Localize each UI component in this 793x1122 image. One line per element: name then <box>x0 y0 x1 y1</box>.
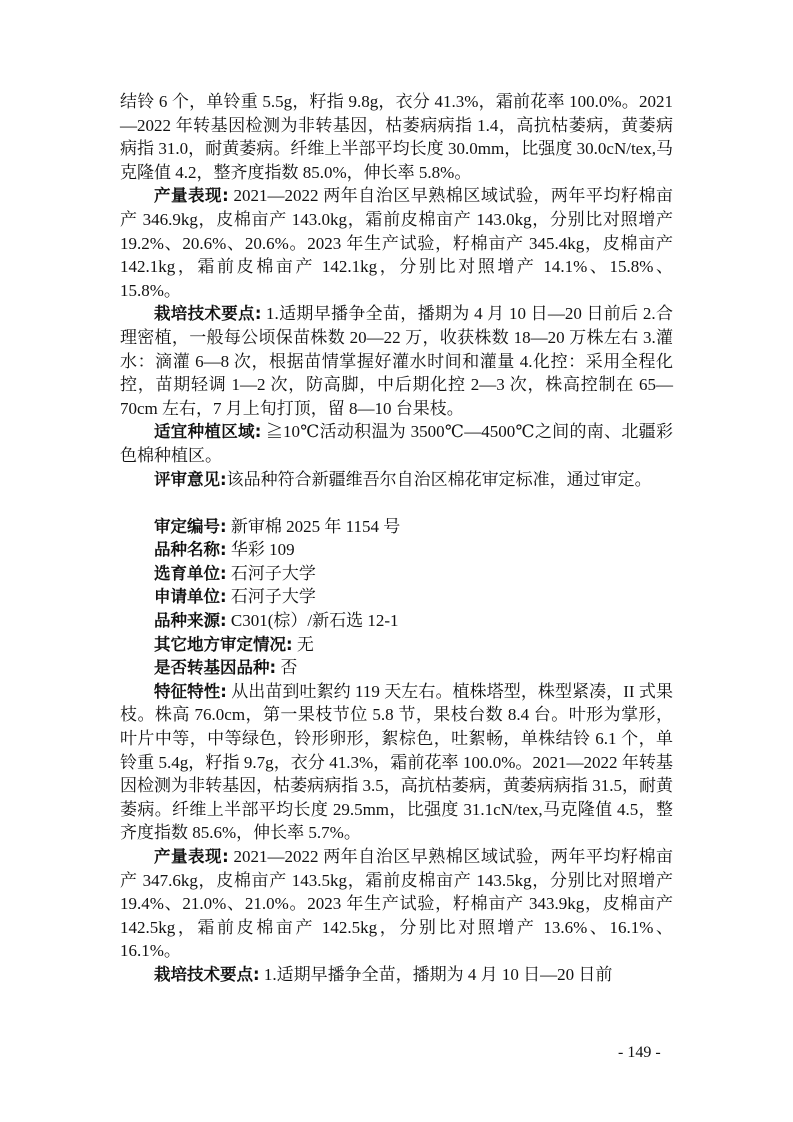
field-value: 无 <box>293 635 314 654</box>
field-label: 其它地方审定情况: <box>154 635 293 654</box>
variety-name: 品种名称: 华彩 109 <box>120 538 673 562</box>
field-label: 品种来源: <box>154 611 227 630</box>
field-value: 华彩 109 <box>227 540 295 559</box>
field-value: C301(棕）/新石选 12-1 <box>227 611 399 630</box>
field-label: 是否转基因品种: <box>154 658 276 677</box>
section-text: 该品种符合新疆维吾尔自治区棉花审定标准，通过审定。 <box>227 470 652 489</box>
yield-section: 产量表现: 2021—2022 两年自治区早熟棉区域试验，两年平均籽棉亩产 34… <box>120 845 673 963</box>
field-value: 石河子大学 <box>227 587 316 606</box>
field-label: 申请单位: <box>154 587 227 606</box>
review-section: 评审意见:该品种符合新疆维吾尔自治区棉花审定标准，通过审定。 <box>120 468 673 492</box>
field-value: 新审棉 2025 年 1154 号 <box>227 517 401 536</box>
cultivation-section: 栽培技术要点: 1.适期早播争全苗，播期为 4 月 10 日—20 日前后 2.… <box>120 302 673 420</box>
variety-source: 品种来源: C301(棕）/新石选 12-1 <box>120 609 673 633</box>
section-label: 产量表现: <box>154 847 229 866</box>
field-value: 否 <box>276 658 297 677</box>
section-text: 从出苗到吐絮约 119 天左右。植株塔型，株型紧凑，II 式果枝。株高 76.0… <box>120 682 673 843</box>
gmo-status: 是否转基因品种: 否 <box>120 656 673 680</box>
field-label: 品种名称: <box>154 540 227 559</box>
section-text: 1.适期早播争全苗，播期为 4 月 10 日—20 日前 <box>260 965 613 984</box>
cultivation-section: 栽培技术要点: 1.适期早播争全苗，播期为 4 月 10 日—20 日前 <box>120 963 673 987</box>
field-value: 石河子大学 <box>227 564 316 583</box>
page-number: - 149 - <box>618 1044 661 1062</box>
section-label: 栽培技术要点: <box>154 965 260 984</box>
section-label: 栽培技术要点: <box>154 304 261 323</box>
field-label: 审定编号: <box>154 517 227 536</box>
section-label: 评审意见: <box>154 470 227 489</box>
section-label: 产量表现: <box>154 186 229 205</box>
traits-section: 特征特性: 从出苗到吐絮约 119 天左右。植株塔型，株型紧凑，II 式果枝。株… <box>120 680 673 845</box>
breeder-unit: 选育单位: 石河子大学 <box>120 562 673 586</box>
section-label: 特征特性: <box>154 682 227 701</box>
registration-number: 审定编号: 新审棉 2025 年 1154 号 <box>120 515 673 539</box>
yield-section: 产量表现: 2021—2022 两年自治区早熟棉区域试验，两年平均籽棉亩产 34… <box>120 184 673 302</box>
other-approvals: 其它地方审定情况: 无 <box>120 633 673 657</box>
document-body: 结铃 6 个，单铃重 5.5g，籽指 9.8g，衣分 41.3%，霜前花率 10… <box>120 90 673 987</box>
section-label: 适宜种植区域: <box>154 422 261 441</box>
region-section: 适宜种植区域: ≧10℃活动积温为 3500℃—4500℃之间的南、北疆彩色棉种… <box>120 420 673 467</box>
traits-continuation: 结铃 6 个，单铃重 5.5g，籽指 9.8g，衣分 41.3%，霜前花率 10… <box>120 90 673 184</box>
section-spacer <box>120 491 673 515</box>
field-label: 选育单位: <box>154 564 227 583</box>
applicant-unit: 申请单位: 石河子大学 <box>120 585 673 609</box>
